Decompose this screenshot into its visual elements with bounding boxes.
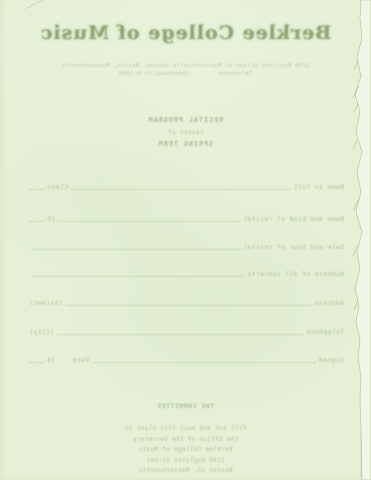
form-row-right-label: 19 (47, 215, 55, 223)
form-row: Numbers of all concerts (29, 270, 344, 278)
form-row-right-label: (City) (29, 328, 54, 336)
form-row-right-label: Date 19 (47, 356, 89, 364)
form-row-label: Signed (319, 356, 344, 364)
footer-line: Fill out and mail this blank to (0, 424, 371, 435)
form-row: Address (Street) (29, 299, 344, 307)
form-row: Name and kind of recital 19 (29, 215, 344, 223)
form-row: Signed Date 19 (29, 356, 344, 364)
scanned-paper-page: Berklee College of Music 1140 Boylston S… (0, 0, 371, 480)
torn-paper-edge (347, 0, 371, 480)
form-row: Date and hour of recital (29, 243, 344, 251)
footer-line: Boston 15, Massachusetts (0, 466, 371, 477)
dotted-leader (66, 305, 312, 306)
footer-line: the Office of the Secretary (0, 435, 371, 446)
form-row-label: Numbers of all concerts (247, 270, 344, 278)
mirrored-showthrough-layer: Berklee College of Music 1140 Boylston S… (0, 0, 371, 480)
dotted-leader (57, 334, 303, 335)
form-row-right-label: Class (47, 183, 68, 191)
form-row-label: Telephone (306, 328, 344, 336)
footer-line: 1140 Boylston Street (0, 456, 371, 467)
dotted-leader (29, 189, 44, 190)
form-row-label: Name and kind of recital (243, 215, 344, 223)
dotted-leader (29, 362, 44, 363)
form-row-label: Address (315, 299, 345, 307)
form-row-label: Name in full (293, 183, 344, 191)
form-row-right-label: (Street) (29, 299, 63, 307)
dotted-leader (32, 249, 240, 250)
form-row: Name in full Class (29, 183, 344, 191)
form-row-label: Date and hour of recital (243, 243, 344, 251)
dotted-leader (58, 221, 239, 222)
footer-mailing-block: Fill out and mail this blank to the Offi… (0, 424, 371, 477)
dotted-leader (92, 362, 316, 363)
dotted-leader (32, 276, 244, 277)
document-content: Berklee College of Music 1140 Boylston S… (0, 0, 371, 480)
footer-heading: THE COMMITTEE (0, 402, 371, 410)
dotted-leader (71, 189, 290, 190)
footer-line: Berklee College of Music (0, 445, 371, 456)
dotted-leader (29, 221, 44, 222)
form-row: Telephone (City) (29, 328, 344, 336)
